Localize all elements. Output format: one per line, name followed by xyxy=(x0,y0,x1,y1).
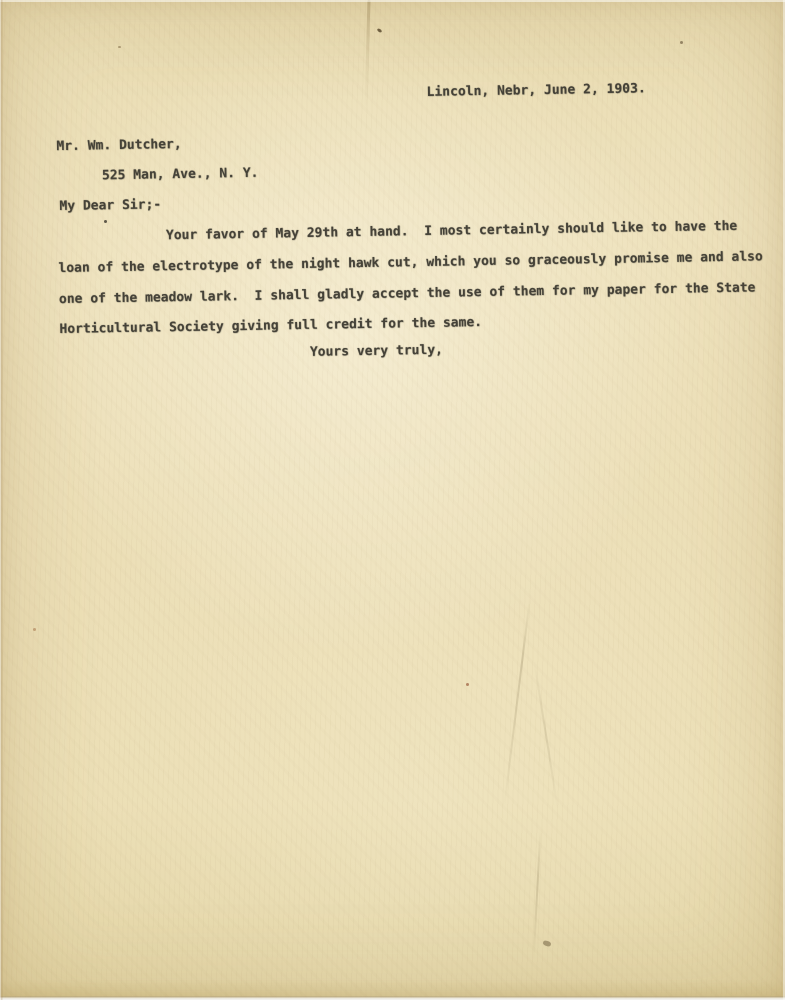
scan-edge-top xyxy=(0,0,785,2)
scanned-letter-page: Lincoln, Nebr, June 2, 1903. Mr. Wm. Dut… xyxy=(0,0,785,1000)
scan-edge-bottom xyxy=(0,996,785,1000)
scan-edge-left xyxy=(0,0,3,1000)
scan-vignette xyxy=(0,0,785,1000)
